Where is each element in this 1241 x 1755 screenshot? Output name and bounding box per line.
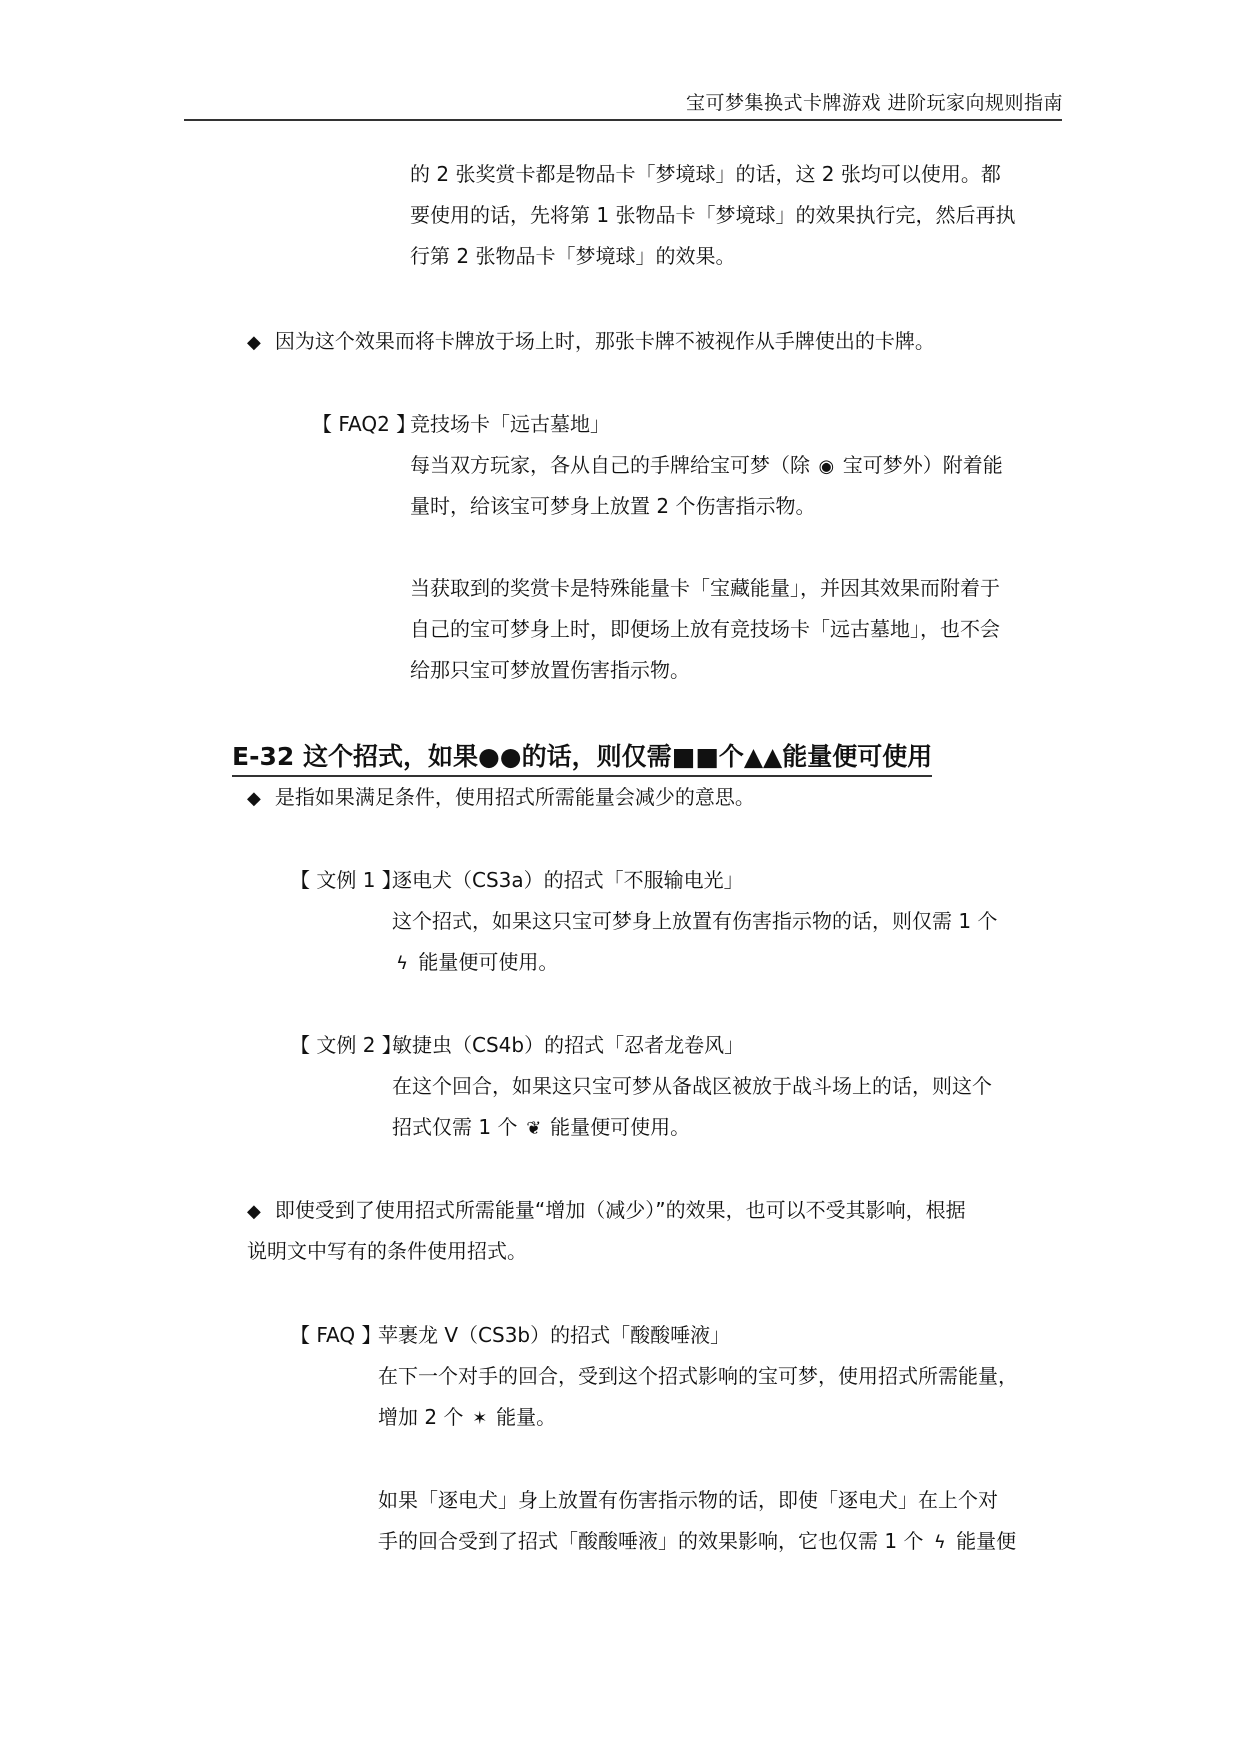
bullet-item-1: ◆因为这个效果而将卡牌放于场上时，那张卡牌不被视作从手牌使出的卡牌。 (247, 327, 935, 357)
faq-title: 苹裹龙 V（CS3b）的招式「酸酸唾液」 (378, 1321, 730, 1349)
faq2-title: 竞技场卡「远古墓地」 (410, 410, 610, 438)
continuation-line-3: 行第 2 张物品卡「梦境球」的效果。 (410, 242, 735, 270)
text: 每当双方玩家，各从自己的手牌给宝可梦（除 (410, 453, 810, 477)
example1-title: 逐电犬（CS3a）的招式「不服输电光」 (392, 866, 744, 894)
diamond-bullet-icon: ◆ (247, 1198, 261, 1226)
section-heading-e32: E-32 这个招式，如果●●的话，则仅需■■个▲▲能量便可使用 (232, 741, 932, 777)
darkness-energy-icon: ◉ (816, 453, 836, 481)
bullet-item-2-line2: 说明文中写有的条件使用招式。 (247, 1237, 527, 1265)
faq2-para2-line2: 自己的宝可梦身上时，即便场上放有竞技场卡「远古墓地」，也不会 (410, 615, 1000, 643)
lightning-energy-icon: ϟ (392, 950, 412, 978)
bullet-text: 即使受到了使用招式所需能量“增加（减少）”的效果，也可以不受其影响，根据 (275, 1198, 966, 1222)
example2-line1: 在这个回合，如果这只宝可梦从备战区被放于战斗场上的话，则这个 (392, 1072, 992, 1100)
faq-para2-line2: 手的回合受到了招式「酸酸唾液」的效果影响，它也仅需 1 个 ϟ 能量便 (378, 1527, 1016, 1557)
text: 能量便可使用。 (550, 1115, 690, 1139)
diamond-bullet-icon: ◆ (247, 785, 261, 813)
bullet-text: 因为这个效果而将卡牌放于场上时，那张卡牌不被视作从手牌使出的卡牌。 (275, 329, 935, 353)
example1-label: 【 文例 1 】 (290, 866, 402, 894)
page-header-title: 宝可梦集换式卡牌游戏 进阶玩家向规则指南 (686, 88, 1063, 115)
diamond-bullet-icon: ◆ (247, 329, 261, 357)
continuation-line-1: 的 2 张奖赏卡都是物品卡「梦境球」的话，这 2 张均可以使用。都 (410, 160, 1001, 188)
text: 招式仅需 1 个 (392, 1115, 517, 1139)
example2-line2: 招式仅需 1 个 ❦ 能量便可使用。 (392, 1113, 690, 1143)
example2-label: 【 文例 2 】 (290, 1031, 402, 1059)
example1-line2: ϟ 能量便可使用。 (392, 948, 558, 978)
text: 能量。 (496, 1405, 556, 1429)
faq2-label: 【 FAQ2 】 (312, 410, 416, 438)
text: 增加 2 个 (378, 1405, 463, 1429)
faq2-para2-line1: 当获取到的奖赏卡是特殊能量卡「宝藏能量」，并因其效果而附着于 (410, 574, 1000, 602)
lightning-energy-icon: ϟ (930, 1529, 950, 1557)
bullet-item-2-line1: ◆即使受到了使用招式所需能量“增加（减少）”的效果，也可以不受其影响，根据 (247, 1196, 966, 1226)
faq2-para2-line3: 给那只宝可梦放置伤害指示物。 (410, 656, 690, 684)
continuation-line-2: 要使用的话，先将第 1 张物品卡「梦境球」的效果执行完，然后再执 (410, 201, 1015, 229)
grass-energy-icon: ❦ (524, 1115, 544, 1143)
text: 能量便 (956, 1529, 1016, 1553)
example1-line1: 这个招式，如果这只宝可梦身上放置有伤害指示物的话，则仅需 1 个 (392, 907, 997, 935)
faq-label: 【 FAQ 】 (290, 1321, 381, 1349)
text: 手的回合受到了招式「酸酸唾液」的效果影响，它也仅需 1 个 (378, 1529, 923, 1553)
text: 能量便可使用。 (418, 950, 558, 974)
faq-line2: 增加 2 个 ✶ 能量。 (378, 1403, 556, 1433)
faq2-para1-line1: 每当双方玩家，各从自己的手牌给宝可梦（除 ◉ 宝可梦外）附着能 (410, 451, 1003, 481)
colorless-energy-icon: ✶ (470, 1405, 490, 1433)
header-divider (184, 119, 1062, 121)
faq-para2-line1: 如果「逐电犬」身上放置有伤害指示物的话，即使「逐电犬」在上个对 (378, 1486, 998, 1514)
section-bullet: ◆是指如果满足条件，使用招式所需能量会减少的意思。 (247, 783, 755, 813)
faq-line1: 在下一个对手的回合，受到这个招式影响的宝可梦，使用招式所需能量， (378, 1362, 1018, 1390)
example2-title: 敏捷虫（CS4b）的招式「忍者龙卷风」 (392, 1031, 744, 1059)
bullet-text: 是指如果满足条件，使用招式所需能量会减少的意思。 (275, 785, 755, 809)
faq2-para1-line2: 量时，给该宝可梦身上放置 2 个伤害指示物。 (410, 492, 815, 520)
text: 宝可梦外）附着能 (843, 453, 1003, 477)
